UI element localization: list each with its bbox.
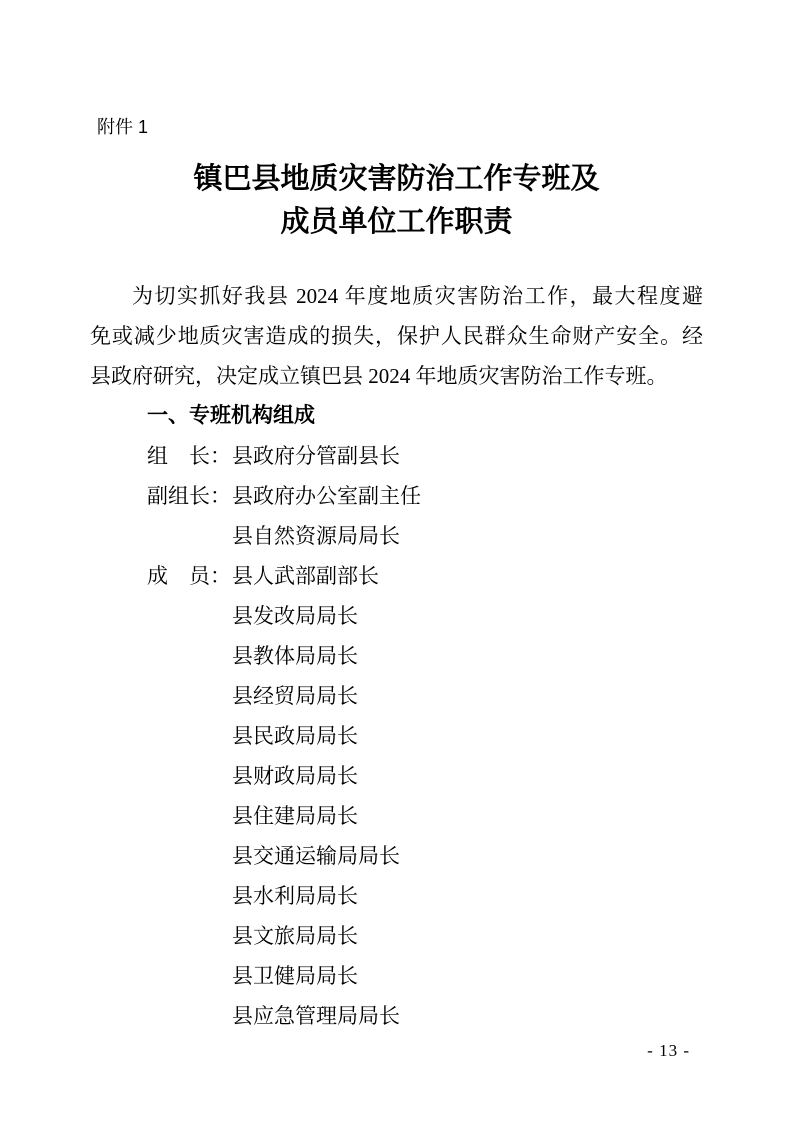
member-item: 县交通运输局局长 (232, 836, 703, 876)
member-item: 县卫健局局长 (232, 956, 703, 996)
role-row-deputy-leader-continued: 县自然资源局局长 (147, 516, 703, 556)
member-item: 县文旅局局长 (232, 916, 703, 956)
document-title-line-2: 成员单位工作职责 (90, 201, 703, 244)
document-title: 镇巴县地质灾害防治工作专班及 成员单位工作职责 (90, 158, 703, 244)
member-item: 县住建局局长 (232, 796, 703, 836)
role-label: 组 长： (147, 436, 232, 476)
member-item: 县水利局局长 (232, 876, 703, 916)
intro-paragraph-line-2: 免或减少地质灾害造成的损失，保护人民群众生命财产安全。经 (90, 316, 703, 356)
role-row-deputy-leader: 副组长： 县政府办公室副主任 (147, 476, 703, 516)
document-title-line-1: 镇巴县地质灾害防治工作专班及 (90, 158, 703, 201)
role-value: 县人武部副部长 (232, 556, 379, 596)
document-page: 附件 1 镇巴县地质灾害防治工作专班及 成员单位工作职责 为切实抓好我县 202… (0, 0, 793, 1122)
member-item: 县民政局局长 (232, 716, 703, 756)
member-item: 县教体局局长 (232, 636, 703, 676)
role-row-members: 成 员： 县人武部副部长 (147, 556, 703, 596)
intro-paragraph-line-1: 为切实抓好我县 2024 年度地质灾害防治工作，最大程度避 (90, 276, 703, 316)
role-label (147, 516, 232, 556)
role-label: 副组长： (147, 476, 232, 516)
member-item: 县发改局局长 (232, 596, 703, 636)
member-item: 县应急管理局局长 (232, 996, 703, 1036)
member-item: 县经贸局局长 (232, 676, 703, 716)
member-item: 县财政局局长 (232, 756, 703, 796)
attachment-label: 附件 1 (97, 0, 703, 140)
role-value: 县政府分管副县长 (232, 436, 400, 476)
intro-paragraph-line-3: 县政府研究，决定成立镇巴县 2024 年地质灾害防治工作专班。 (90, 356, 703, 396)
role-label: 成 员： (147, 556, 232, 596)
section-heading-organization: 一、专班机构组成 (147, 396, 703, 436)
document-content: 附件 1 镇巴县地质灾害防治工作专班及 成员单位工作职责 为切实抓好我县 202… (0, 0, 793, 1036)
page-number: - 13 - (647, 1040, 690, 1062)
intro-paragraph: 为切实抓好我县 2024 年度地质灾害防治工作，最大程度避 免或减少地质灾害造成… (90, 276, 703, 396)
role-value: 县政府办公室副主任 (232, 476, 421, 516)
role-value: 县自然资源局局长 (232, 516, 400, 556)
role-row-leader: 组 长： 县政府分管副县长 (147, 436, 703, 476)
